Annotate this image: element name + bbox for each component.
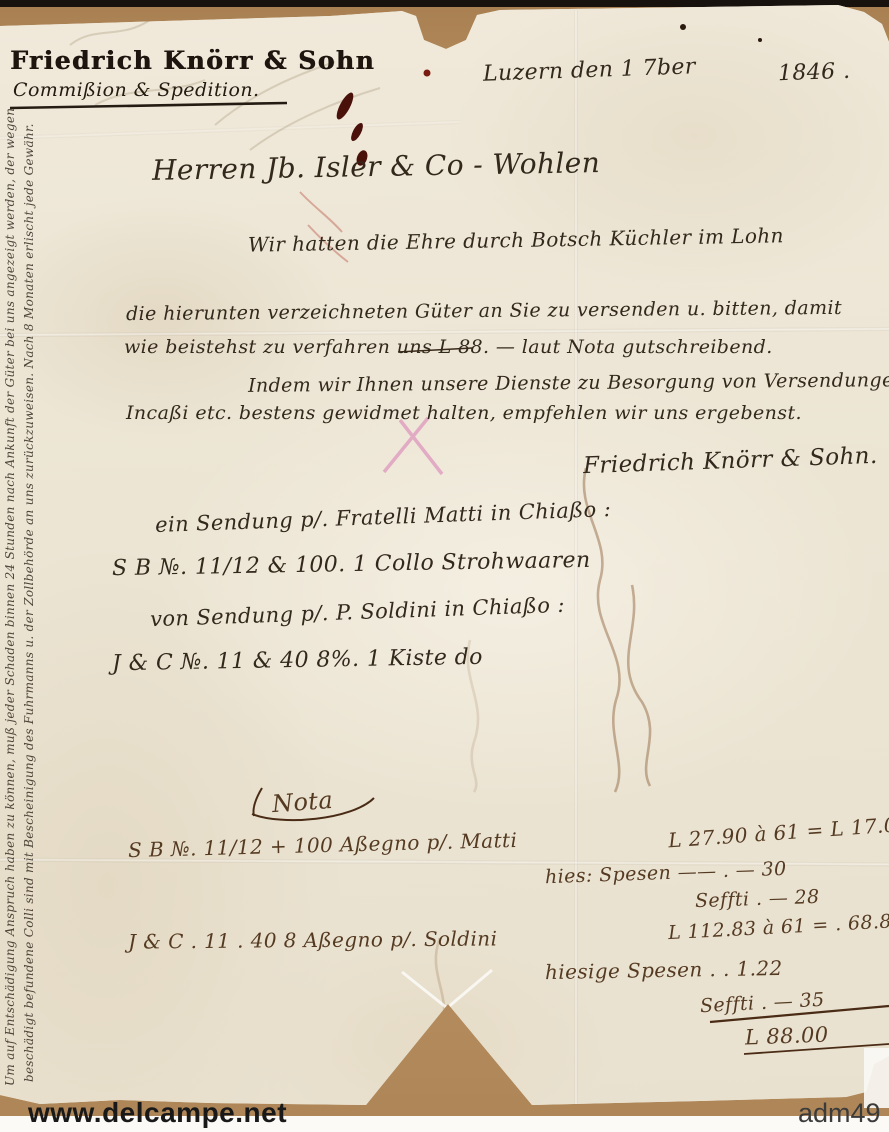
seller-watermark: adm49 — [798, 1098, 881, 1129]
shipment-1-detail: S B №. 11/12 & 100. 1 Collo Strohwaaren — [112, 548, 591, 581]
mount-top-edge — [0, 0, 889, 7]
margin-note-column-1: Um auf Entschädigung Anspruch haben zu k… — [3, 108, 17, 1086]
salutation: Herren Jb. Isler & Co - Wohlen — [152, 146, 601, 187]
shipment-2-heading: von Sendung p/. P. Soldini in Chiaßo : — [150, 593, 566, 631]
body-line-2: die hierunten verzeichneten Güter an Sie… — [126, 297, 842, 325]
nota-row5: hiesige Spesen . . 1.22 — [545, 956, 783, 984]
nota-row1-left: S B №. 11/12 + 100 Aßegno p/. Matti — [128, 828, 518, 862]
nota-paren — [253, 788, 262, 816]
nota-row6: Seffti . — 35 — [700, 989, 826, 1017]
fold-line-diagonal — [0, 120, 460, 140]
nota-row2: hies: Spesen —— . — 30 — [545, 858, 787, 888]
body-line-1: Wir hatten die Ehre durch Botsch Küchler… — [248, 223, 784, 256]
nota-row1-right: L 27.90 à 61 = L 17.02 — [667, 812, 889, 853]
delcampe-watermark: www.delcampe.net — [28, 1097, 287, 1129]
nota-title: Nota — [271, 786, 334, 818]
dateline-year: 1846 . — [778, 59, 851, 87]
letterhead-underline — [10, 103, 287, 108]
nota-total: L 88.00 — [745, 1023, 829, 1050]
body-line-5: Incaßi etc. bestens gewidmet halten, emp… — [126, 402, 802, 424]
body-line-3: wie beistehst zu verfahren uns L 88. — l… — [124, 336, 773, 358]
margin-note-column-2: beschädigt befundene Colli sind mit Besc… — [22, 123, 36, 1082]
pink-crayon-marks — [384, 418, 442, 474]
body-line-4: Indem wir Ihnen unsere Dienste zu Besorg… — [248, 369, 889, 397]
dateline-place: Luzern den 1 7ber — [483, 54, 696, 86]
ink-blots — [334, 24, 762, 167]
letterhead-company: Friedrich Knörr & Sohn — [10, 46, 375, 75]
shipment-2-detail: J & C №. 11 & 40 8%. 1 Kiste do — [112, 645, 483, 676]
nota-row4-left: J & C . 11 . 40 8 Aßegno p/. Soldini — [128, 926, 498, 953]
letter-scan: Um auf Entschädigung Anspruch haben zu k… — [0, 0, 889, 1132]
letterhead-subtitle: Commißion & Spedition. — [13, 79, 259, 101]
shipment-1-heading: ein Sendung p/. Fratelli Matti in Chiaßo… — [155, 497, 612, 537]
nota-row3: Seffti . — 28 — [695, 886, 820, 912]
letter-sheet: Um auf Entschädigung Anspruch haben zu k… — [0, 0, 889, 1132]
crease-x — [402, 970, 492, 1008]
nota-row4-right: L 112.83 à 61 = . 68.83 — [668, 910, 889, 944]
signature: Friedrich Knörr & Sohn. — [583, 443, 878, 479]
